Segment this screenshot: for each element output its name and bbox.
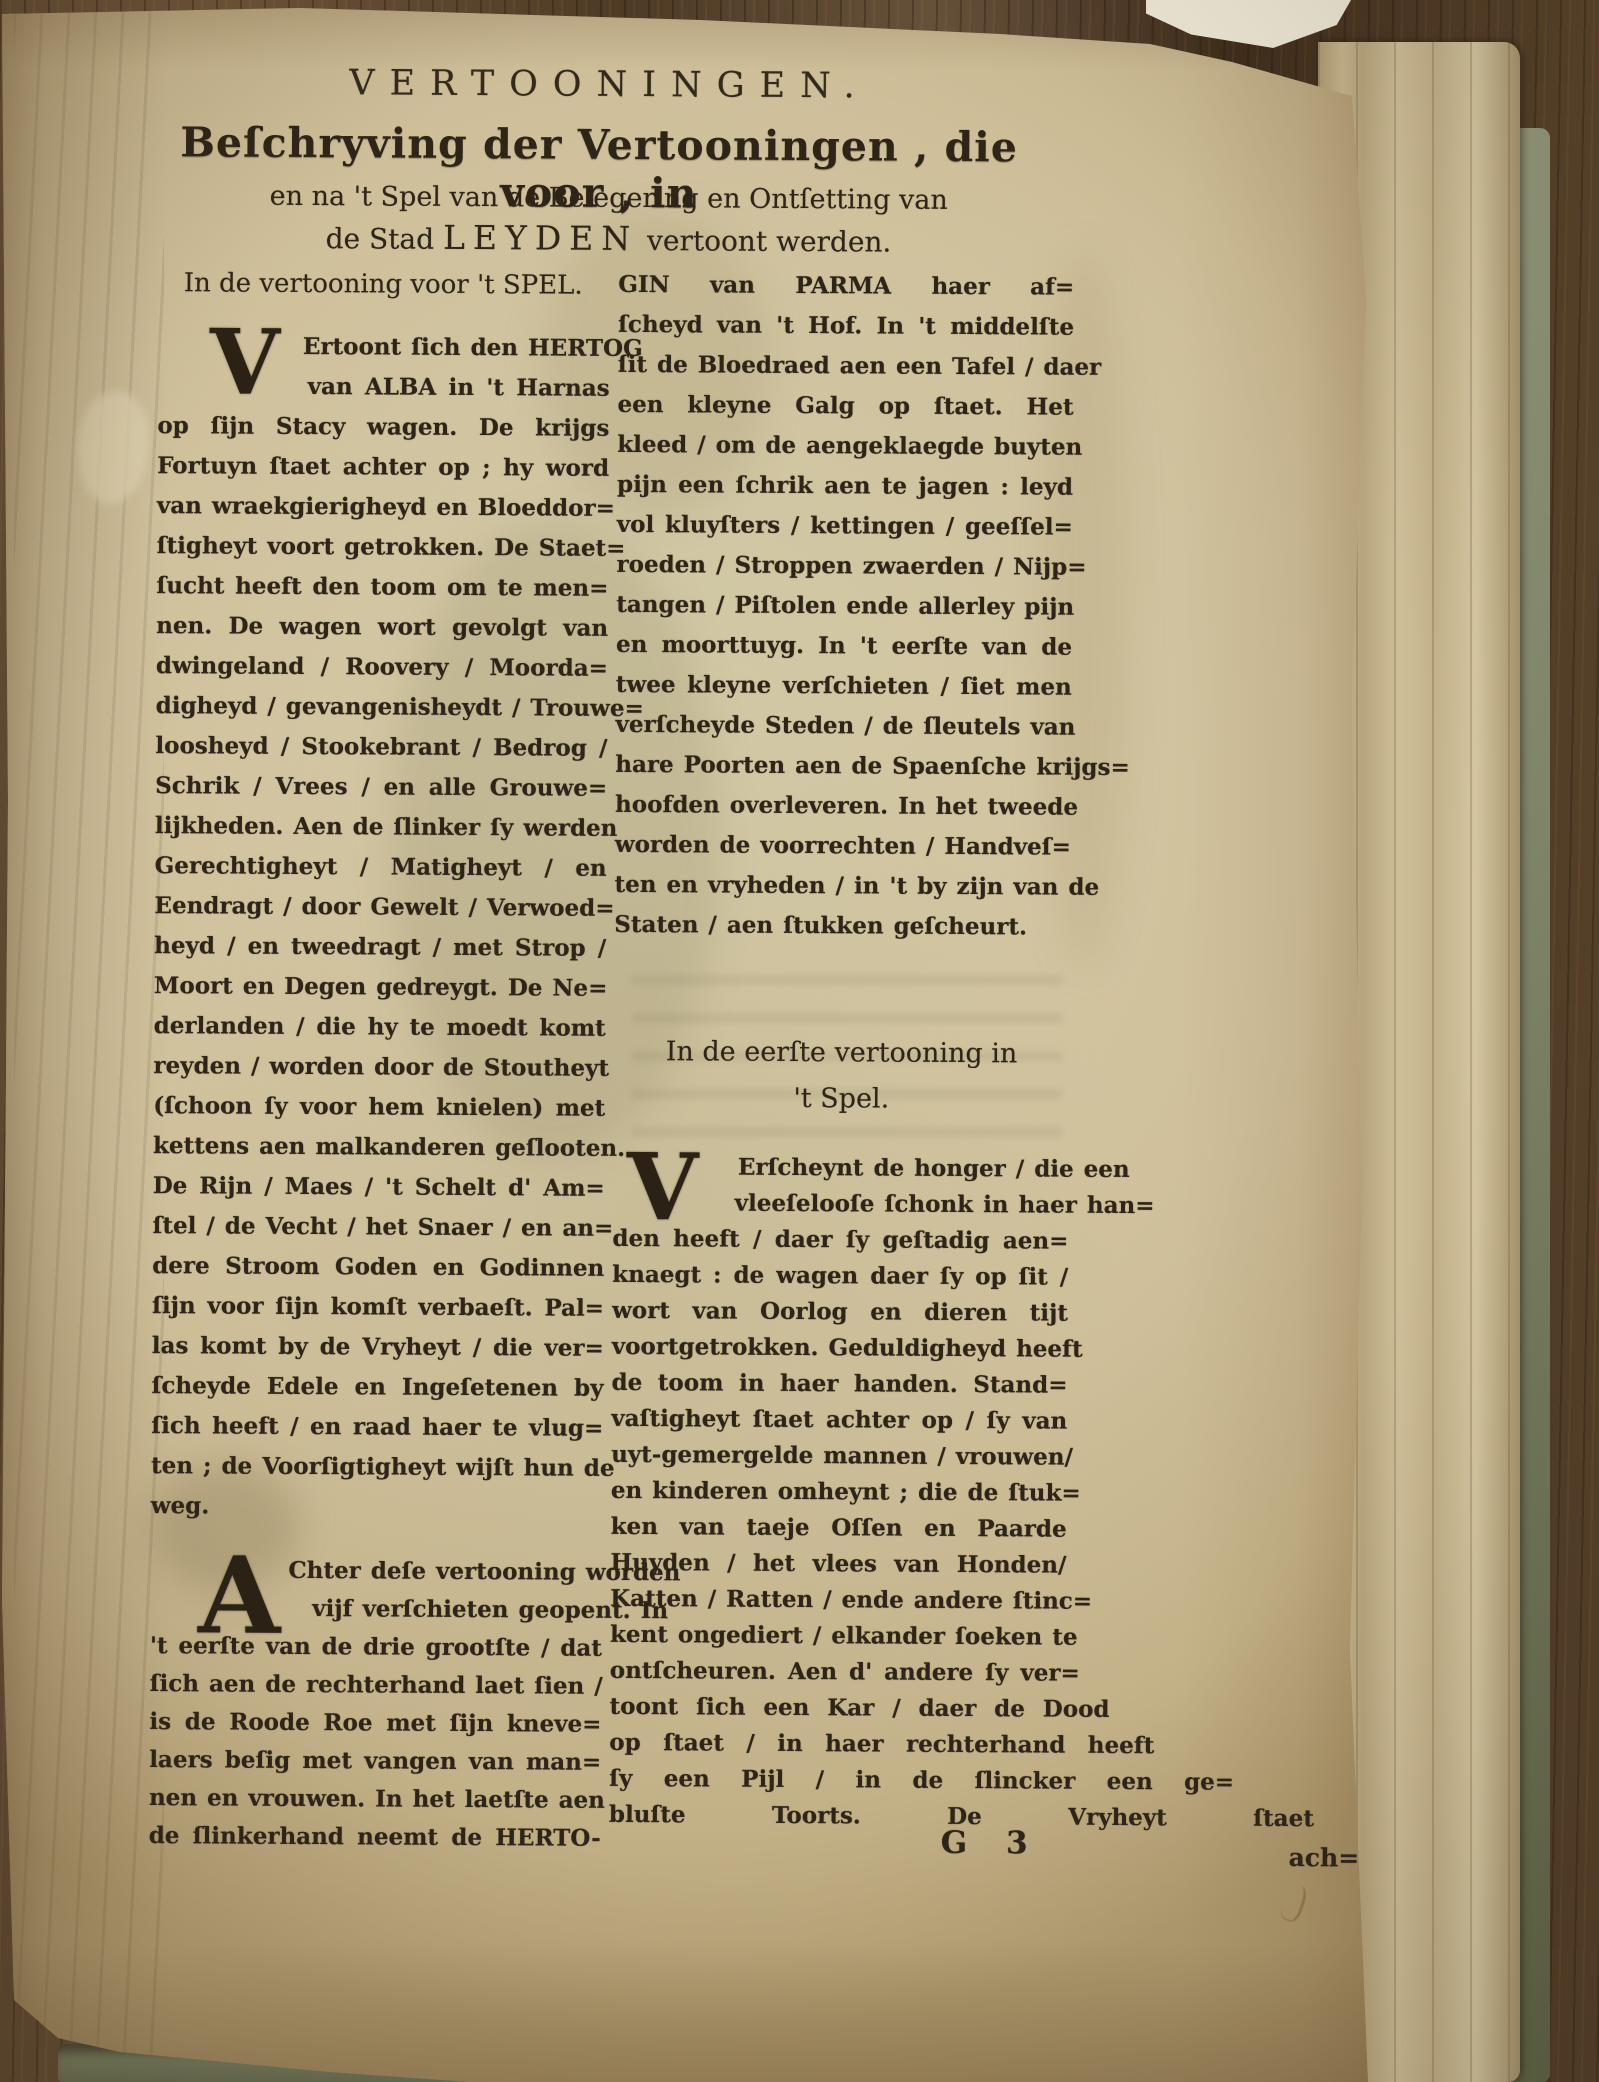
text-line: Gerechtigheyt / Matigheyt / en [155,846,607,889]
text-line: twee kleyne verſchieten / ſiet men [616,665,1072,708]
text-line: GIN van PARMA haer af= [618,265,1074,308]
text-line: ſich aen de rechterhand laet ſien / [150,1665,602,1706]
text-line: loosheyd / Stookebrant / Bedrog / [155,726,607,769]
text-line: Moort en Degen gedreygt. De Ne= [154,966,606,1009]
text-line: hare Poorten aen de Spaenſche krijgs= [615,745,1087,788]
text-line: ſtel / de Vecht / het Snaer / en an= [152,1206,604,1249]
text-line: ſijn voor ſijn komſt verbaeſt. Pal= [152,1286,604,1329]
text-line: laers beſig met vangen van man= [149,1741,601,1782]
text-line: is de Roode Roe met ſijn kneve= [149,1703,601,1744]
subtitle-suffix: vertoont werden. [638,224,891,259]
text-line: ſy een Pijl / in de ſlincker een ge= [609,1761,1234,1801]
text-line: roeden / Stroppen zwaerden / Nijp= [616,545,1072,588]
text-line: en moorttuyg. In 't eerſte van de [616,625,1072,668]
text-line: nen. De wagen wort gevolgt van [156,606,608,649]
left-text-column: V Ertoont ſich den HERTOGvan ALBA in 't … [149,326,610,1858]
subtitle-prefix: de Stad [326,222,444,256]
dropcap-V: V [626,1145,698,1229]
text-line: de toom in haer handen. Stand= [611,1365,1067,1404]
text-line: ſich heeft / en raad haer te vlug= [151,1406,603,1449]
text-line: dwingeland / Roovery / Moorda= [156,646,608,689]
text-line: van wraekgierigheyd en Bloeddor= [157,486,609,529]
text-line: Katten / Ratten / ende andere ſtinc= [610,1581,1066,1620]
text-line: ſcheyde Edele en Ingeſetenen by [151,1366,603,1409]
text-line: verſcheyde Steden / de ſleutels van [615,705,1071,748]
text-line: kleed / om de aengeklaegde buyten [617,425,1073,468]
text-line: en kinderen omheynt ; die de ſtuk= [611,1473,1067,1512]
city-name-caps: LEYDEN [443,218,638,258]
text-line: reyden / worden door de Stoutheyt [153,1046,605,1089]
text-line: dere Stroom Goden en Godinnen [152,1246,604,1289]
paragraph-first-vertooning: V Erſcheynt de honger / die eenvleeſeloo… [609,1149,1069,1836]
dropcap-A: A [198,1547,281,1644]
text-line: uyt-gemergelde mannen / vrouwen/ [611,1437,1067,1476]
text-line: worden de voorrechten / Handveſ= [615,825,1071,868]
text-line: knaegt : de wagen daer ſy op ſit / [612,1257,1068,1296]
signature-mark: G 3 [941,1825,1042,1862]
text-line: ontſcheuren. Aen d' andere ſy ver= [610,1653,1080,1692]
text-line: pijn een ſchrik aen te jagen : leyd [617,465,1073,508]
text-line: De Rijn / Maes / 't Schelt d' Am= [153,1166,605,1209]
right-text-column: GIN van PARMA haer af=ſcheyd van 't Hof.… [609,265,1075,1836]
text-line: voortgetrokken. Geduldigheyd heeft [612,1329,1068,1368]
text-line: kent ongediert / elkander ſoeken te [610,1617,1066,1656]
text-line: tangen / Piſtolen ende allerley pijn [616,585,1072,628]
text-line: Staten / aen ſtukken geſcheurt. [614,905,1070,948]
subheading-line-2: 't Spel. [613,1075,1069,1124]
text-line: kettens aen malkanderen geſlooten. [153,1126,605,1169]
dropcap-V: V [210,320,280,404]
section-subheading: In de eerſte vertooning in 't Spel. [613,1029,1070,1124]
paragraph-continuation: GIN van PARMA haer af=ſcheyd van 't Hof.… [614,265,1074,948]
page-subtitle-line-2: de Stad LEYDEN vertoont werden. [168,216,1048,260]
text-line: vol kluyſters / kettingen / geeſſel= [617,505,1073,548]
text-line: de ſlinkerhand neemt de HERTO- [149,1817,601,1858]
text-line: hoofden overleveren. In het tweede [615,785,1071,828]
text-line: ten ; de Voorſigtigheyt wijſt hun de [151,1446,603,1489]
text-line: ten en vryheden / in 't by zijn van de [614,865,1082,908]
text-line: een kleyne Galg op ſtaet. Het [617,385,1073,428]
running-head: VERTOONINGEN. [169,62,1049,107]
paragraph-five-vistas: A Chter deſe vertooning wordenvijf verſc… [149,1551,603,1858]
text-line: op ſtaet / in haer rechterhand heeft [609,1725,1154,1764]
text-line: toont ſich een Kar / daer de Dood [609,1689,1109,1728]
text-line: weg. [151,1486,603,1529]
page-subtitle-line-1: en na 't Spel van de Belegering en Ontſe… [169,180,1049,216]
text-line: (ſchoon ſy voor hem knielen) met [153,1086,605,1129]
text-line: heyd / en tweedragt / met Strop / [154,926,606,969]
text-line: ſit de Bloedraed aen een Tafel / daer [618,345,1074,388]
text-line: digheyd / gevangenisheydt / Trouwe= [156,686,608,729]
catchword: ach= [1289,1843,1360,1872]
text-line: Fortuyn ſtaet achter op ; hy word [157,446,609,489]
paragraph-before-play: V Ertoont ſich den HERTOGvan ALBA in 't … [151,326,610,1529]
text-line: Eendragt / door Gewelt / Verwoed= [154,886,606,929]
text-line: Schrik / Vrees / en alle Grouwe= [155,766,607,809]
text-line: wort van Oorlog en dieren tijt [612,1293,1068,1332]
text-line: ſucht heeft den toom om te men= [156,566,608,609]
text-line: ſcheyd van 't Hof. In 't middelſte [618,305,1074,348]
text-line: vaſtigheyt ſtaet achter op / ſy van [611,1401,1067,1440]
text-line: ken van taeje Oſſen en Paarde [611,1509,1067,1548]
subheading-line-1: In de eerſte vertooning in [613,1029,1069,1078]
text-line: Huyden / het vlees van Honden/ [610,1545,1066,1584]
text-line: derlanden / die hy te moedt komt [154,1006,606,1049]
text-line: las komt by de Vryheyt / die ver= [152,1326,604,1369]
text-line: ſtigheyt voort getrokken. De Staet= [157,526,609,569]
photo-of-book-page: { "document": { "running_head": "VERTOON… [0,0,1599,2082]
text-line: lijkheden. Aen de ſlinker ſy werden [155,806,607,849]
left-column-heading: In de vertooning voor 't SPEL. [163,268,603,301]
text-line: nen en vrouwen. In het laetſte aen [149,1779,601,1820]
